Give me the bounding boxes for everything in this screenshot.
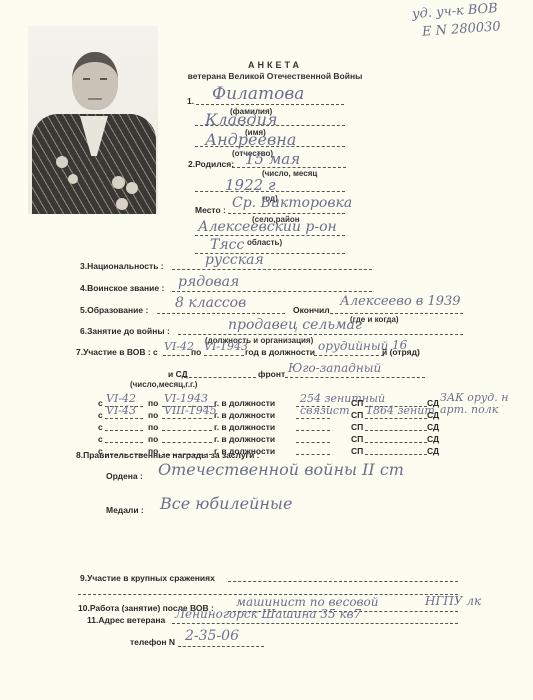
birth-region-value: Тясс — [210, 237, 244, 253]
form-title: АНКЕТА — [150, 60, 400, 70]
battles-label: 9.Участие в крупных сражениях — [80, 573, 215, 583]
participation-unit-note: 16 — [392, 338, 407, 352]
participation-label: 7.Участие в ВОВ : с — [76, 347, 158, 357]
service-row-sp-label: СП — [351, 446, 363, 456]
medals-value: Все юбилейные — [160, 494, 292, 513]
service-row-from-label: с — [98, 422, 103, 432]
participation-to: VI-1943 — [204, 340, 248, 353]
form-subtitle: ветерана Великой Отечественной Войны — [150, 71, 400, 81]
work-after-extra: НГПУ лк — [425, 594, 481, 608]
service-row-sd: арт. полк — [440, 403, 498, 416]
occupation-value: продавец сельмаг — [228, 317, 362, 333]
service-row-sp-label: СП — [351, 422, 363, 432]
birth-district-hint: область) — [247, 238, 282, 247]
service-row-from-label: с — [98, 410, 103, 420]
name-value: Клавдия — [205, 110, 277, 129]
birth-label: 2.Родился: — [188, 159, 234, 169]
service-row-position-label: г. в должности — [214, 398, 275, 408]
occupation-label: 6.Занятие до войны : — [80, 326, 170, 336]
service-row-to-label: по — [148, 422, 158, 432]
orders-value: Отечественной войны II ст — [158, 460, 404, 479]
phone-value: 2-35-06 — [185, 628, 239, 644]
surname-value: Филатова — [212, 84, 304, 104]
awards-label: 8.Правительственные награды за заслуги : — [76, 450, 260, 460]
nationality-value: русская — [205, 252, 264, 268]
registration-note-line1: уд. уч-к ВОВ — [412, 1, 499, 22]
service-row-to-label: по — [148, 398, 158, 408]
service-row-sd-label: СД — [427, 410, 439, 420]
service-row-to-label: по — [148, 434, 158, 444]
front-value: Юго-западный — [288, 361, 381, 375]
birth-district-value: Алексеевский р-он — [198, 219, 337, 235]
finished-label: Окончил — [293, 305, 330, 315]
address-label: 11.Адрес ветерана — [87, 615, 165, 625]
service-row-sp-label: СП — [351, 410, 363, 420]
education-label: 5.Образование : — [80, 305, 148, 315]
service-row-position: связист — [300, 404, 350, 417]
service-row-position-label: г. в должности — [214, 434, 275, 444]
birth-place-value: Ср. Викторовка — [232, 195, 352, 211]
phone-label: телефон N — [130, 637, 175, 647]
finished-value: Алексеево в 1939 — [340, 294, 461, 309]
veteran-photo — [28, 26, 158, 214]
service-row-sp-label: СП — [351, 434, 363, 444]
participation-position: орудийный — [318, 339, 388, 353]
service-row-sd-label: СД — [427, 422, 439, 432]
birth-date-value: 15 мая — [245, 150, 300, 168]
surname-number: 1. — [187, 96, 194, 106]
participation-from: VI-42 — [164, 340, 194, 353]
birth-place-label: Место : — [195, 205, 226, 215]
service-row-position-label: г. в должности — [214, 422, 275, 432]
service-row-from-label: с — [98, 434, 103, 444]
patronymic-value: Андреевна — [205, 130, 296, 149]
service-row-sd-label: СД — [427, 434, 439, 444]
service-row-from: VI-43 — [106, 404, 136, 417]
front-label: фронт — [258, 369, 285, 379]
participation-to-label: по — [191, 347, 201, 357]
education-value: 8 классов — [175, 295, 246, 311]
service-row-from-label: с — [98, 398, 103, 408]
medals-label: Медали : — [106, 505, 144, 515]
birth-year-value: 1922 г — [225, 176, 276, 194]
rank-label: 4.Воинское звание : — [80, 283, 164, 293]
rank-value: рядовая — [178, 274, 239, 290]
service-row-position-label: г. в должности — [214, 410, 275, 420]
nationality-label: 3.Национальность : — [80, 261, 164, 271]
registration-note-line2: Е N 280030 — [422, 19, 502, 39]
date-hint: (число,месяц,г.г.) — [130, 380, 197, 389]
address-value: Лениногорск Шашина 35 кв7 — [175, 607, 361, 621]
orders-label: Ордена : — [106, 471, 143, 481]
service-row-to-label: по — [148, 410, 158, 420]
participation-position-label: год в должности — [245, 347, 315, 357]
service-row-sp-label: СП — [351, 398, 363, 408]
service-row-sd-label: СД — [427, 446, 439, 456]
service-row-sp: 1864 зенит — [366, 404, 435, 417]
service-row-to: VIII-1945 — [164, 404, 217, 417]
